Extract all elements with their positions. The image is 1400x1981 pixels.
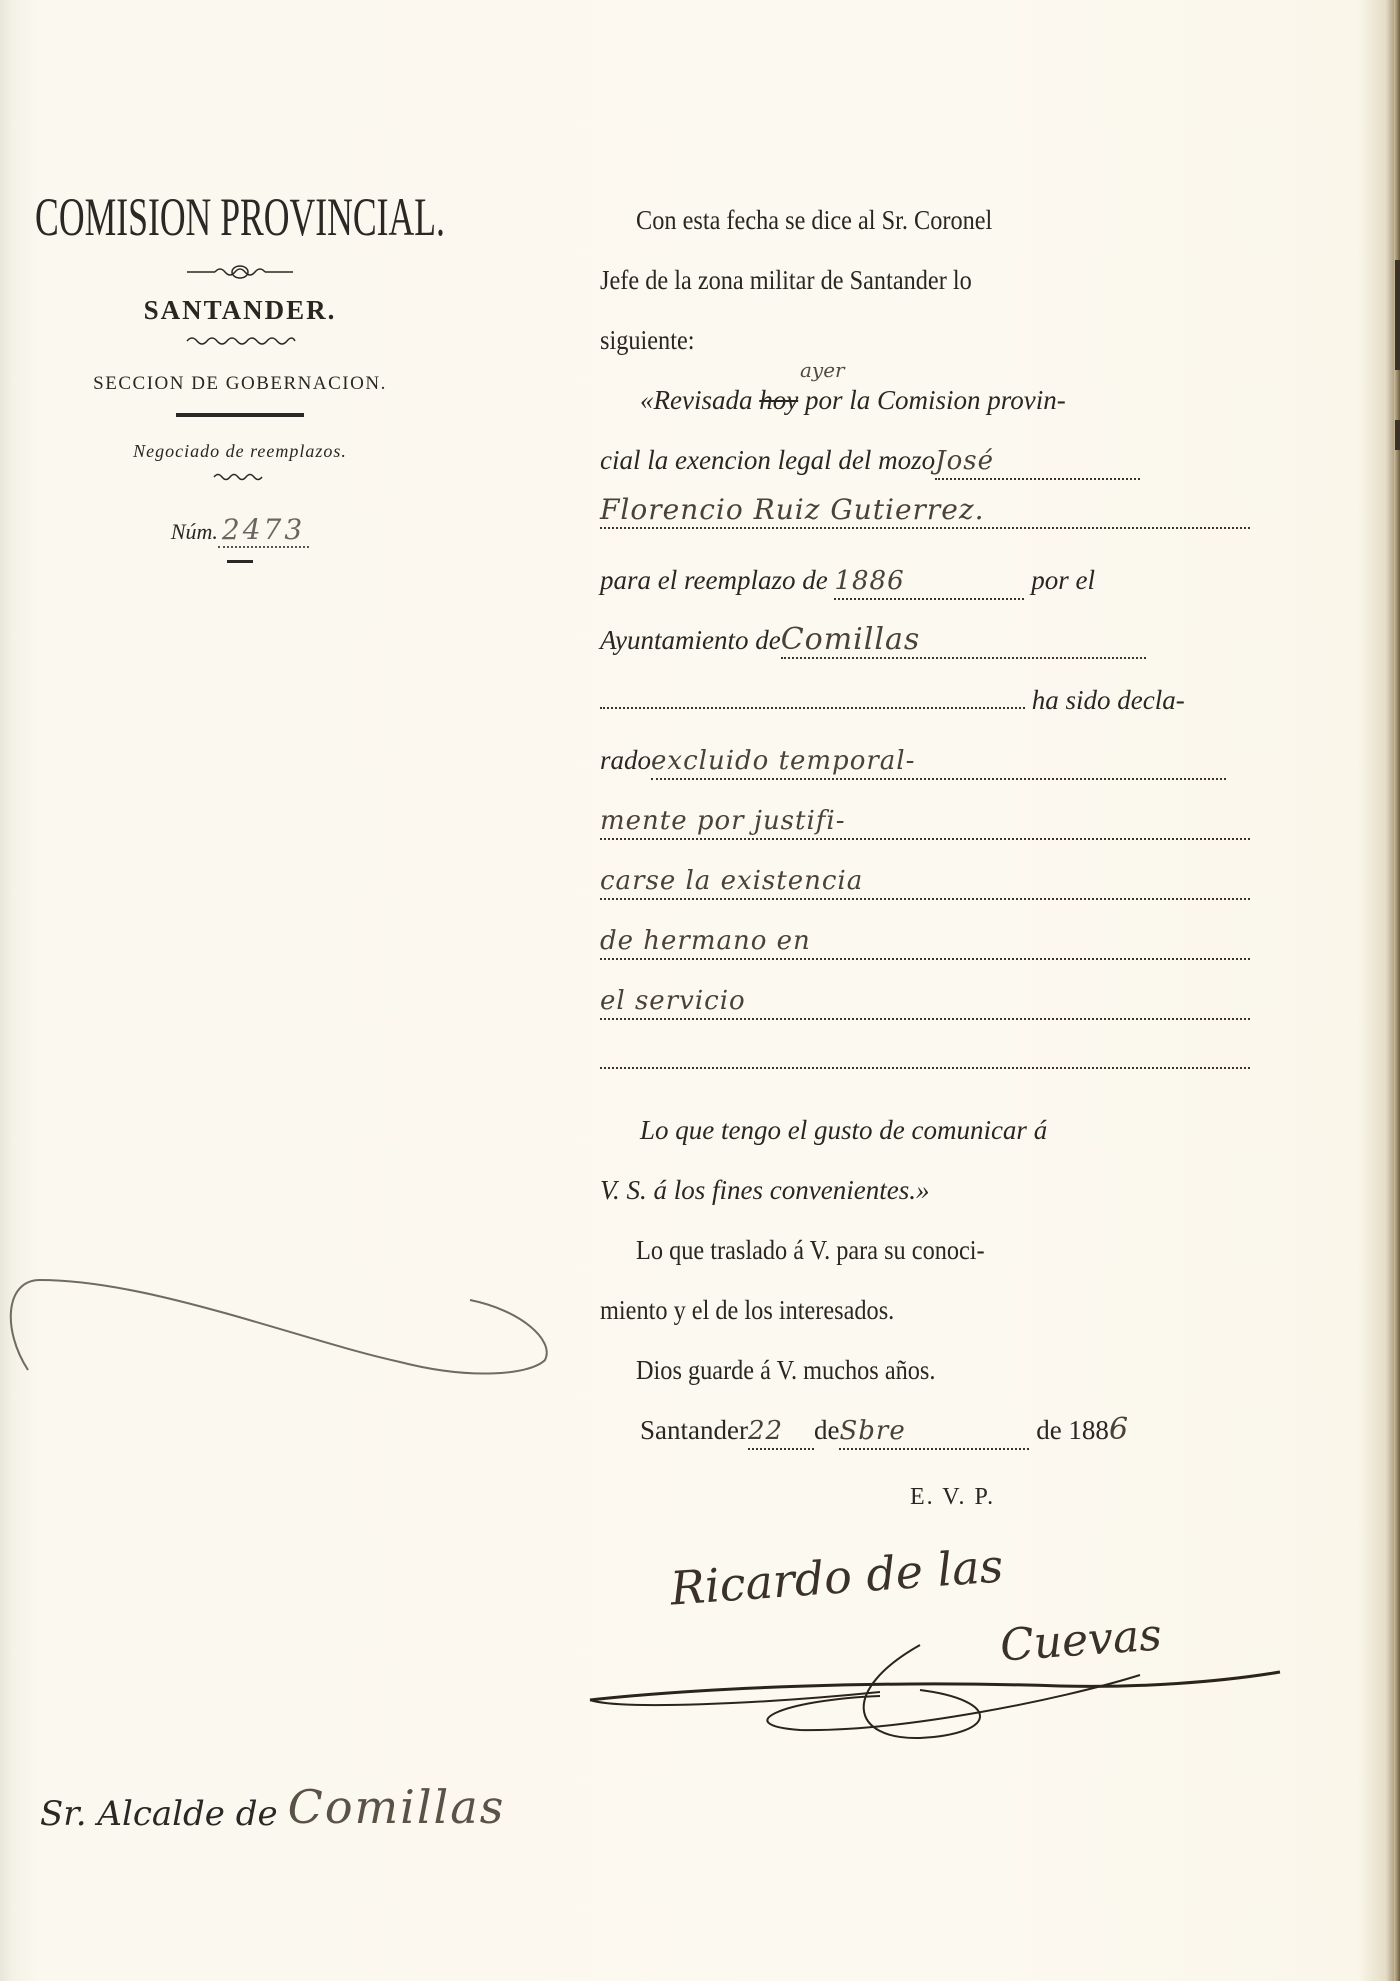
body-line: Dios guarde á V. muchos años. (600, 1340, 1221, 1400)
status-field: excluido temporal- (651, 744, 1226, 780)
department-label: Negociado de reemplazos. (20, 441, 460, 462)
body-line (600, 1030, 1250, 1090)
addressee: Sr. Alcalde de Comillas (40, 1780, 505, 1834)
body-line: Ayuntamiento deComillas (600, 610, 1250, 670)
body-line: Jefe de la zona militar de Santander lo (600, 250, 1185, 310)
body-line: mente por justifi- (600, 790, 1250, 850)
blank-field (600, 673, 1025, 709)
number-label: Núm. (171, 519, 218, 545)
addressee-handwritten: Comillas (288, 1780, 506, 1834)
body-line: «Revisada hoy por la Comision provin- (600, 370, 1290, 430)
document-page: COMISION PROVINCIAL. SANTANDER. SECCION … (0, 0, 1400, 1981)
body-line: carse la existencia (600, 850, 1250, 910)
body-line: Con esta fecha se dice al Sr. Coronel (600, 190, 1221, 250)
divider-rule (227, 560, 253, 563)
status-field: el servicio (600, 984, 1250, 1020)
wave-divider-icon (212, 470, 268, 484)
reference-number: Núm. 2473 (20, 513, 460, 548)
date-year-digit: 6 (1109, 1412, 1129, 1447)
body-line: Lo que traslado á V. para su conoci- (600, 1220, 1221, 1280)
status-field: de hermano en (600, 924, 1250, 960)
flourish-loop-icon (0, 1250, 560, 1390)
struck-word: hoy (759, 385, 798, 415)
commission-title: COMISION PROVINCIAL. (22, 190, 458, 244)
body-line: para el reemplazo de 1886 por el (600, 550, 1250, 610)
signature: Ricardo de las Cuevas (580, 1520, 1300, 1760)
body-line: el servicio (600, 970, 1250, 1030)
body-line: Florencio Ruiz Gutierrez. (600, 480, 1250, 540)
evp-abbreviation: E. V. P. (910, 1484, 995, 1511)
number-value: 2473 (218, 513, 309, 548)
recruit-name-field: Florencio Ruiz Gutierrez. (600, 493, 1250, 529)
date-line: Santander22deSbre de 1886 (600, 1400, 1290, 1460)
status-field: carse la existencia (600, 864, 1250, 900)
body-line: V. S. á los fines convenientes.» (600, 1160, 1250, 1220)
year-field: 1886 (834, 564, 1024, 600)
city-heading: SANTANDER. (20, 295, 460, 326)
body-line: de hermano en (600, 910, 1250, 970)
addressee-printed: Sr. Alcalde de (40, 1794, 278, 1834)
section-heading: SECCION DE GOBERNACION. (20, 373, 460, 395)
body-line: Lo que tengo el gusto de comunicar á (600, 1100, 1290, 1160)
signature-flourish-icon (580, 1520, 1300, 1760)
date-day-field: 22 (748, 1414, 814, 1450)
body-line: ha sido decla- (600, 670, 1250, 730)
ornament-icon (185, 262, 295, 282)
municipality-field: Comillas (781, 623, 1146, 659)
letterhead: COMISION PROVINCIAL. SANTANDER. SECCION … (20, 190, 460, 563)
body-line: miento y el de los interesados. (600, 1280, 1185, 1340)
recruit-name-field: José (935, 444, 1140, 480)
body-line: radoexcluido temporal- (600, 730, 1250, 790)
blank-field (600, 1033, 1250, 1069)
status-field: mente por justifi- (600, 804, 1250, 840)
divider-rule (176, 413, 304, 417)
binding-mark (1395, 420, 1400, 450)
date-month-field: Sbre (839, 1414, 1029, 1450)
wave-divider-icon (185, 334, 295, 348)
